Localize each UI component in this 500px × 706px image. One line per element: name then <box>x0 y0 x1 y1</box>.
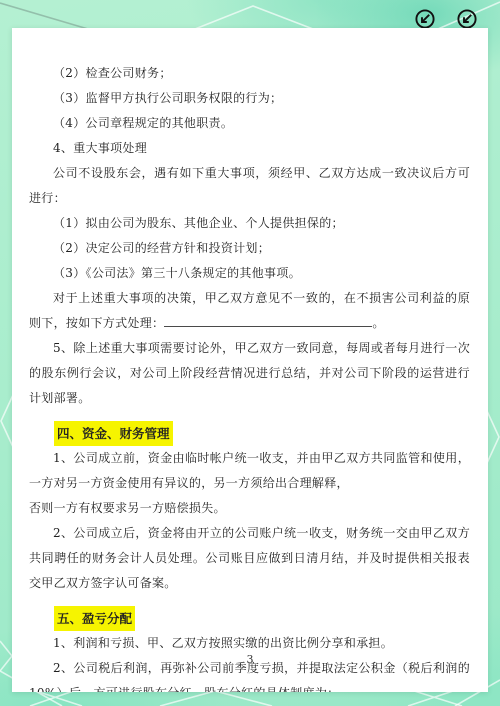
paragraph: 公司不设股东会，遇有如下重大事项，须经甲、乙双方达成一致决议后方可进行： <box>29 161 470 211</box>
clause-heading: 4、重大事项处理 <box>29 136 470 161</box>
paragraph: 否则一方有权要求另一方赔偿损失。 <box>29 496 470 521</box>
blank-suffix-text: 。 <box>372 316 384 330</box>
paragraph-with-blank: 对于上述重大事项的决策，甲乙双方意见不一致的，在不损害公司利益的原则下，按如下方… <box>29 286 470 336</box>
list-item: （2）检查公司财务； <box>29 61 470 86</box>
list-item: （3）监督甲方执行公司职务权限的行为； <box>29 86 470 111</box>
fill-in-blank-line <box>164 315 372 327</box>
section-heading: 五、盈亏分配 <box>29 605 470 631</box>
list-item: （1）拟由公司为股东、其他企业、个人提供担保的； <box>29 211 470 236</box>
arrow-down-left-circle-icon <box>414 8 436 30</box>
list-item: （4）公司章程规定的其他职责。 <box>29 111 470 136</box>
section-heading: 四、资金、财务管理 <box>29 420 470 446</box>
highlighted-heading-text: 五、盈亏分配 <box>54 606 135 631</box>
highlighted-heading-text: 四、资金、财务管理 <box>54 421 173 446</box>
paragraph: 5、除上述重大事项需要讨论外，甲乙双方一致同意，每周或者每月进行一次的股东例行会… <box>29 336 470 411</box>
list-item: （3）《公司法》第三十八条规定的其他事项。 <box>29 261 470 286</box>
list-item: （2）决定公司的经营方针和投资计划； <box>29 236 470 261</box>
paragraph: 1、公司成立前，资金由临时帐户统一收支，并由甲乙双方共同监管和使用，一方对另一方… <box>29 446 470 496</box>
paragraph: 2、公司成立后，资金将由开立的公司账户统一收支，财务统一交由甲乙双方共同聘任的财… <box>29 521 470 596</box>
document-page: （2）检查公司财务； （3）监督甲方执行公司职务权限的行为； （4）公司章程规定… <box>12 28 488 692</box>
page-number: 3 <box>12 653 488 666</box>
screenshot-root: { "theme": { "background_mint": "#a9edcd… <box>0 0 500 706</box>
arrow-down-left-circle-icon <box>456 8 478 30</box>
